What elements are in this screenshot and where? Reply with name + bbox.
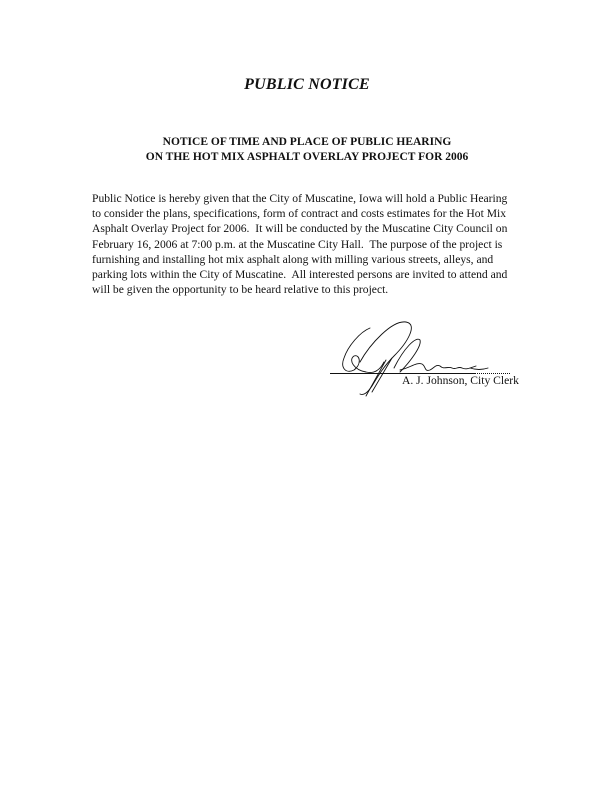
body-line: Public Notice is hereby given that the C… [92,191,532,206]
page-title: PUBLIC NOTICE [0,76,614,94]
body-line: will be given the opportunity to be hear… [92,282,532,297]
body-line: furnishing and installing hot mix asphal… [92,252,532,267]
notice-body: Public Notice is hereby given that the C… [92,191,532,297]
handwritten-signature-icon [330,312,540,402]
body-line: February 16, 2006 at 7:00 p.m. at the Mu… [92,237,532,252]
body-line: parking lots within the City of Muscatin… [92,267,532,282]
signature-block: A. J. Johnson, City Clerk [330,312,540,402]
body-line: to consider the plans, specifications, f… [92,206,532,221]
subtitle-line-2: ON THE HOT MIX ASPHALT OVERLAY PROJECT F… [0,150,614,165]
notice-subtitle: NOTICE OF TIME AND PLACE OF PUBLIC HEARI… [0,135,614,165]
body-line: Asphalt Overlay Project for 2006. It wil… [92,221,532,236]
subtitle-line-1: NOTICE OF TIME AND PLACE OF PUBLIC HEARI… [0,135,614,150]
signer-name: A. J. Johnson, City Clerk [402,374,519,387]
